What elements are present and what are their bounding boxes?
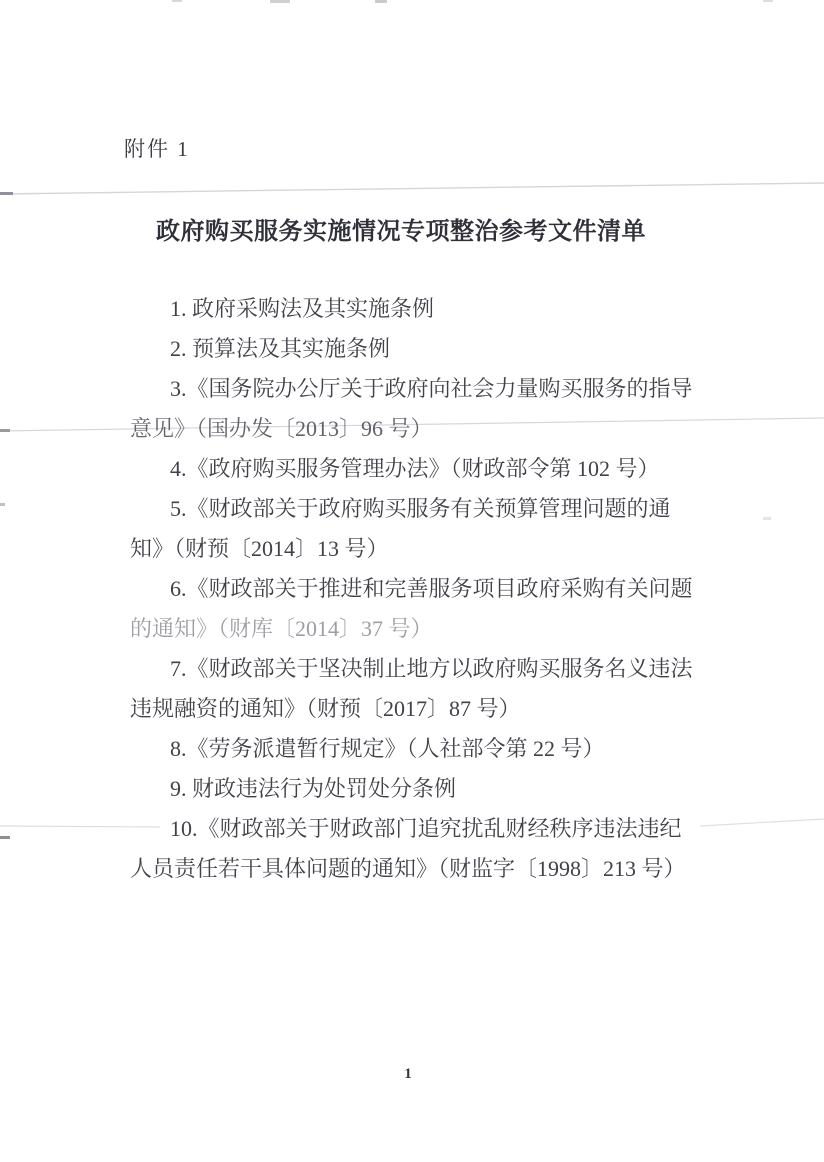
document-title: 政府购买服务实施情况专项整治参考文件清单 <box>0 211 813 246</box>
document-body: 1. 政府采购法及其实施条例 2. 预算法及其实施条例 3.《国务院办公厅关于政… <box>130 289 710 889</box>
scan-mark-top-2 <box>270 0 290 3</box>
list-item-3-line-1: 3.《国务院办公厅关于政府向社会力量购买服务的指导 <box>130 369 710 409</box>
document-page: 附件 1 政府购买服务实施情况专项整治参考文件清单 1. 政府采购法及其实施条例… <box>0 0 824 1162</box>
list-item-2: 2. 预算法及其实施条例 <box>130 329 710 369</box>
scan-mark-top-3 <box>375 0 387 3</box>
list-item-6-line-1: 6.《财政部关于推进和完善服务项目政府采购有关问题 <box>130 569 710 609</box>
scan-mark-left-3 <box>0 503 5 506</box>
scan-mark-left-2 <box>0 429 10 432</box>
scan-mark-top-1 <box>172 0 182 2</box>
list-item-7-line-1: 7.《财政部关于坚决制止地方以政府购买服务名义违法 <box>130 649 710 689</box>
scan-mark-left-1 <box>0 192 13 195</box>
list-item-3-line-2: 意见》（国办发〔2013〕96 号） <box>130 409 710 449</box>
list-item-5-line-1: 5.《财政部关于政府购买服务有关预算管理问题的通 <box>130 489 710 529</box>
list-item-10-line-2: 人员责任若干具体问题的通知》（财监字〔1998〕213 号） <box>130 849 710 889</box>
list-item-5-line-2: 知》（财预〔2014〕13 号） <box>130 529 710 569</box>
scan-mark-top-4 <box>763 0 773 2</box>
scan-wrinkle-line-4 <box>700 819 824 826</box>
page-number: 1 <box>0 1066 816 1083</box>
scan-wrinkle-line-1 <box>0 183 824 194</box>
scan-mark-right-1 <box>763 517 771 520</box>
list-item-1: 1. 政府采购法及其实施条例 <box>130 289 710 329</box>
attachment-label: 附件 1 <box>124 133 190 163</box>
list-item-6-line-2: 的通知》（财库〔2014〕37 号） <box>130 609 710 649</box>
list-item-10-line-1: 10.《财政部关于财政部门追究扰乱财经秩序违法违纪 <box>130 809 710 849</box>
list-item-8: 8.《劳务派遣暂行规定》（人社部令第 22 号） <box>130 729 710 769</box>
scan-mark-left-4 <box>0 836 10 839</box>
list-item-9: 9. 财政违法行为处罚处分条例 <box>130 769 710 809</box>
list-item-7-line-2: 违规融资的通知》（财预〔2017〕87 号） <box>130 689 710 729</box>
list-item-4: 4.《政府购买服务管理办法》（财政部令第 102 号） <box>130 449 710 489</box>
